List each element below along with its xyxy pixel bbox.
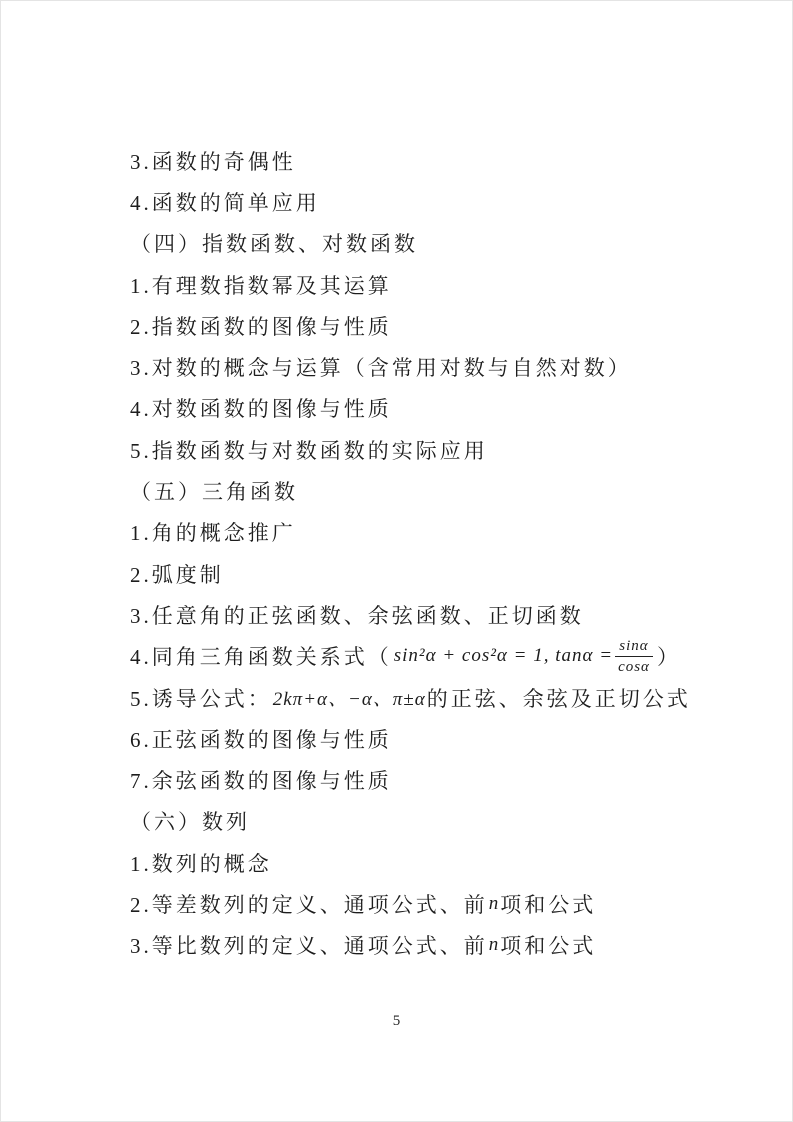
line-text: 5.指数函数与对数函数的实际应用 <box>130 435 488 465</box>
list-item: 2.弧度制 <box>130 553 752 594</box>
line-text: 2.等差数列的定义、通项公式、前 <box>130 889 488 919</box>
line-text: 1.角的概念推广 <box>130 517 296 547</box>
line-text: 4.对数函数的图像与性质 <box>130 393 392 423</box>
line-text: 4.同角三角函数关系式（ <box>130 641 392 671</box>
inline-formula: sin²α + cos²α = 1, tanα = sinα cosα <box>394 637 655 676</box>
list-item: 4.对数函数的图像与性质 <box>130 388 752 429</box>
list-item: 3.函数的奇偶性 <box>130 140 752 181</box>
line-text: 4.函数的简单应用 <box>130 187 320 217</box>
list-item: 1.角的概念推广 <box>130 512 752 553</box>
line-text: 项和公式 <box>500 889 596 919</box>
list-item: 7.余弦函数的图像与性质 <box>130 759 752 800</box>
list-item: 5.指数函数与对数函数的实际应用 <box>130 429 752 470</box>
section-heading-text: （四）指数函数、对数函数 <box>130 228 418 258</box>
list-item: 2.指数函数的图像与性质 <box>130 305 752 346</box>
line-text: 的正弦、余弦及正切公式 <box>427 683 691 713</box>
list-item: 3.对数的概念与运算（含常用对数与自然对数） <box>130 346 752 387</box>
section-heading: （六）数列 <box>130 801 752 842</box>
list-item: 1.有理数指数幂及其运算 <box>130 264 752 305</box>
list-item: 1.数列的概念 <box>130 842 752 883</box>
line-text: 5.诱导公式： <box>130 683 272 713</box>
line-text: 7.余弦函数的图像与性质 <box>130 765 392 795</box>
line-text: 3.函数的奇偶性 <box>130 146 296 176</box>
line-text: 2.指数函数的图像与性质 <box>130 311 392 341</box>
formula-expression: sin²α + cos²α = 1, tanα = <box>394 645 613 667</box>
line-text: 1.有理数指数幂及其运算 <box>130 270 392 300</box>
document-body: 3.函数的奇偶性 4.函数的简单应用 （四）指数函数、对数函数 1.有理数指数幂… <box>130 140 752 966</box>
line-text: 2.弧度制 <box>130 559 224 589</box>
list-item-formula: 2.等差数列的定义、通项公式、前 n 项和公式 <box>130 883 752 924</box>
inline-formula: 2kπ+α、−α、π±α <box>273 684 426 711</box>
list-item-formula: 4.同角三角函数关系式（ sin²α + cos²α = 1, tanα = s… <box>130 636 752 677</box>
line-text: 3.对数的概念与运算（含常用对数与自然对数） <box>130 352 632 382</box>
line-text: ） <box>657 641 681 671</box>
page-number: 5 <box>1 1013 792 1030</box>
document-page: 3.函数的奇偶性 4.函数的简单应用 （四）指数函数、对数函数 1.有理数指数幂… <box>0 0 793 1122</box>
section-heading-text: （五）三角函数 <box>130 476 298 506</box>
line-text: 3.任意角的正弦函数、余弦函数、正切函数 <box>130 600 584 630</box>
fraction-denominator: cosα <box>615 657 653 676</box>
line-text: 项和公式 <box>500 930 596 960</box>
list-item: 4.函数的简单应用 <box>130 181 752 222</box>
variable-n: n <box>489 893 500 915</box>
list-item-formula: 5.诱导公式： 2kπ+α、−α、π±α 的正弦、余弦及正切公式 <box>130 677 752 718</box>
list-item: 6.正弦函数的图像与性质 <box>130 718 752 759</box>
list-item: 3.任意角的正弦函数、余弦函数、正切函数 <box>130 594 752 635</box>
section-heading: （四）指数函数、对数函数 <box>130 223 752 264</box>
section-heading: （五）三角函数 <box>130 470 752 511</box>
list-item-formula: 3.等比数列的定义、通项公式、前 n 项和公式 <box>130 925 752 966</box>
fraction-numerator: sinα <box>615 637 653 657</box>
variable-n: n <box>489 934 500 956</box>
line-text: 6.正弦函数的图像与性质 <box>130 724 392 754</box>
line-text: 1.数列的概念 <box>130 848 272 878</box>
fraction: sinα cosα <box>615 637 653 676</box>
section-heading-text: （六）数列 <box>130 806 250 836</box>
line-text: 3.等比数列的定义、通项公式、前 <box>130 930 488 960</box>
